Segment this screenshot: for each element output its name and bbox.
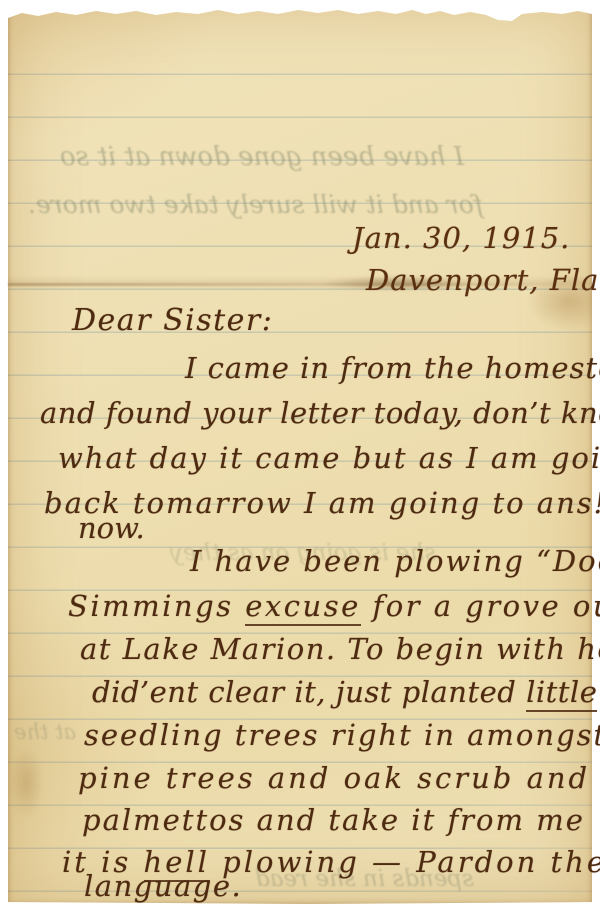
letter-line: pine trees and oak scrub and bbox=[78, 762, 590, 795]
letter-line: at Lake Marion. To begin with he bbox=[80, 633, 600, 666]
letter-line-text: I have been plowing “Dock” bbox=[190, 544, 600, 578]
letter-line-text: seedling trees right in amongst bbox=[84, 718, 600, 752]
bleedthrough-text: for and it will surely take two more. bbox=[28, 190, 483, 219]
letter-line: palmettos and take it from me bbox=[82, 804, 585, 837]
date-text: Jan. 30, 1915. bbox=[352, 221, 570, 255]
letter-line: did’ent clear it, just planted little bbox=[92, 676, 597, 709]
letter-line-text: for a grove out bbox=[361, 589, 600, 623]
place-line: Davenport, Fla. bbox=[366, 264, 600, 297]
salutation-text: Dear Sister: bbox=[72, 303, 273, 338]
bleedthrough-line: I have been gone down at it so bbox=[60, 142, 464, 172]
letter-line: Simmings excuse for a grove out bbox=[68, 590, 600, 623]
letter-line-text: at Lake Marion. To begin with he bbox=[80, 632, 600, 666]
bleedthrough-line: at the bbox=[14, 720, 76, 744]
underlined-word: little bbox=[526, 675, 597, 712]
letter-line-text: palmettos and take it from me bbox=[82, 803, 585, 837]
letter-line-text: did’ent clear it, just planted bbox=[92, 675, 526, 709]
letter-line-text: and found your letter today, don’t know bbox=[40, 396, 600, 430]
letter-line: seedling trees right in amongst bbox=[84, 719, 600, 752]
underlined-word: excuse bbox=[245, 589, 360, 626]
letter-line: now. bbox=[78, 512, 145, 545]
letter-line: what day it came but as I am going bbox=[58, 442, 600, 475]
letter-line: language. bbox=[84, 870, 242, 903]
letter-photo: { "letter": { "heading": { "date": "Jan.… bbox=[0, 0, 600, 915]
stain-left-edge bbox=[9, 748, 43, 818]
letter-line-text: language. bbox=[84, 869, 242, 903]
letter-line: and found your letter today, don’t know bbox=[40, 397, 600, 430]
letter-line-text: Simmings bbox=[68, 589, 245, 623]
letter-line-text: what day it came but as I am going bbox=[58, 441, 600, 475]
letter-line: I came in from the homestead bbox=[185, 352, 600, 385]
bleedthrough-text: at the bbox=[14, 720, 76, 744]
letter-line-text: now. bbox=[78, 511, 145, 545]
place-text: Davenport, Fla. bbox=[366, 263, 600, 297]
letter-line-text: pine trees and oak scrub and bbox=[78, 761, 590, 795]
date-line: Jan. 30, 1915. bbox=[352, 222, 570, 255]
salutation: Dear Sister: bbox=[72, 304, 273, 339]
letter-line: I have been plowing “Dock” bbox=[190, 545, 600, 578]
letter-line-text: I came in from the homestead bbox=[185, 351, 600, 385]
bleedthrough-text: I have been gone down at it so bbox=[60, 142, 464, 172]
letter-line-text: plowing — Pardon the bbox=[210, 845, 600, 879]
bleedthrough-line: for and it will surely take two more. bbox=[28, 190, 483, 219]
